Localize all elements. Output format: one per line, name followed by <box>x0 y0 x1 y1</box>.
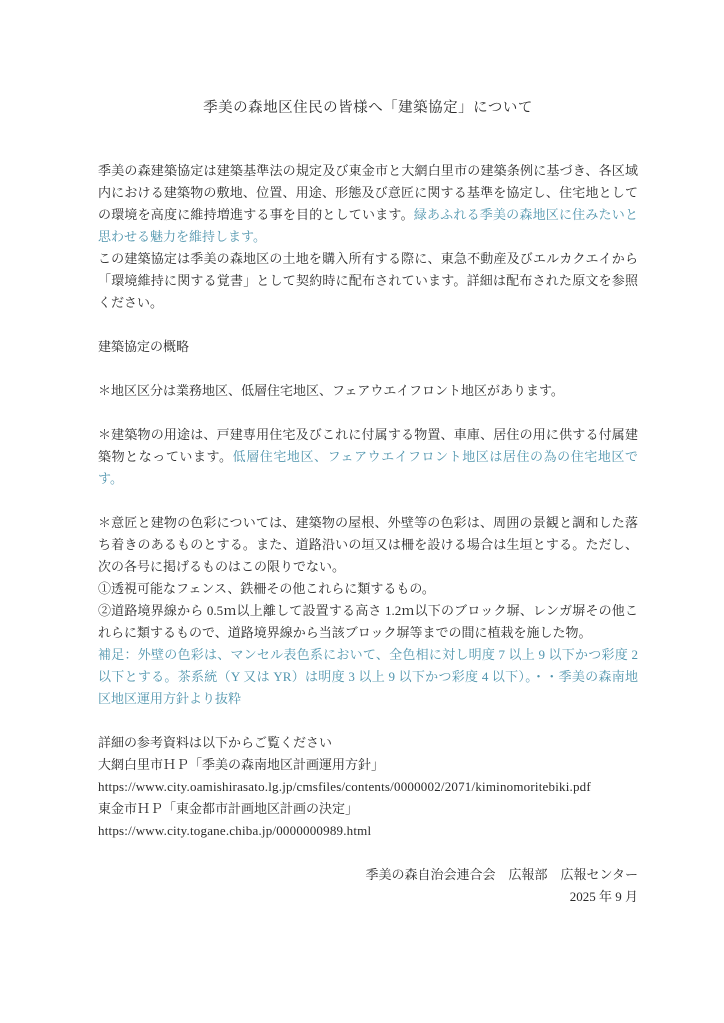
overview-item-district: ＊地区区分は業務地区、低層住宅地区、フェアウエイフロント地区があります。 <box>98 380 638 402</box>
intro-paragraph-1: 季美の森建築協定は建築基準法の規定及び東金市と大網白里市の建築条例に基づき、各区… <box>98 160 638 248</box>
footer-date: 2025 年 9 月 <box>98 886 638 908</box>
overview-heading: 建築協定の概略 <box>98 336 638 358</box>
design-rule-1: ①透視可能なフェンス、鉄柵その他これらに類するもの。 <box>98 578 638 600</box>
overview-item-use: ＊建築物の用途は、戸建専用住宅及びこれに付属する物置、車庫、居住の用に供する付属… <box>98 424 638 490</box>
references-intro: 詳細の参考資料は以下からご覧ください <box>98 732 638 754</box>
reference-2-url: https://www.city.togane.chiba.jp/0000000… <box>98 820 638 842</box>
design-rule-2: ②道路境界線から 0.5ｍ以上離して設置する高さ 1.2ｍ以下のブロック塀、レン… <box>98 600 638 644</box>
reference-1-label: 大網白里市ＨＰ「季美の森南地区計画運用方針」 <box>98 754 638 776</box>
document-title: 季美の森地区住民の皆様へ「建築協定」について <box>98 97 638 119</box>
reference-1-url: https://www.city.oamishirasato.lg.jp/cms… <box>98 776 638 798</box>
document-page: 季美の森地区住民の皆様へ「建築協定」について 季美の森建築協定は建築基準法の規定… <box>0 0 724 1023</box>
footer-organization: 季美の森自治会連合会 広報部 広報センター <box>98 864 638 886</box>
document-content: 季美の森地区住民の皆様へ「建築協定」について 季美の森建築協定は建築基準法の規定… <box>98 97 638 908</box>
intro-paragraph-2: この建築協定は季美の森地区の土地を購入所有する際に、東急不動産及びエルカクエイか… <box>98 248 638 314</box>
design-note: 補足：外壁の色彩は、マンセル表色系において、全色相に対し明度 7 以上 9 以下… <box>98 644 638 710</box>
reference-2-label: 東金市ＨＰ「東金都市計画地区計画の決定」 <box>98 798 638 820</box>
overview-item-design: ＊意匠と建物の色彩については、建築物の屋根、外壁等の色彩は、周囲の景観と調和した… <box>98 512 638 578</box>
